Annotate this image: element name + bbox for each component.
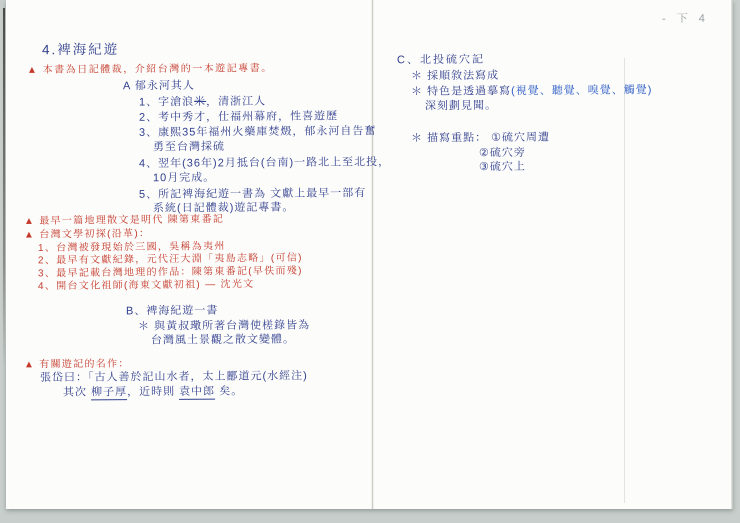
section-a-item1: 1、字滄浪米，清浙江人	[139, 93, 266, 110]
item1-strikeout-char: 米	[194, 96, 206, 108]
section-c-focus-point-3: ③硫穴上	[479, 158, 526, 174]
section-c-focus-point-1: ＊ 描寫重點： ①硫穴周遭	[411, 129, 550, 146]
c-line2-senses-annotation: (視覺、聽覺、嗅覺、觸覺)	[511, 84, 652, 97]
page-right-edge	[731, 0, 733, 509]
section-b-line2: 台灣風土景觀之散文變體。	[151, 330, 295, 347]
section-c-heading: C、北投硫穴記	[397, 51, 485, 68]
red-intro-note: ▲ 本書為日記體裁，介紹台灣的一本遊記專書。	[27, 59, 273, 76]
section-c-line3: 深刻劃見聞。	[425, 97, 497, 114]
quote2-part3: 矣。	[215, 385, 243, 397]
zhangdai-quote-line2: 其次 柳子厚，近時則 袁中郎 矣。	[63, 382, 243, 399]
quote2-underlined-liuzihou: 柳子厚	[91, 386, 127, 400]
section-b-heading: B、裨海紀遊一書	[126, 302, 218, 319]
section-a-item3-cont: 勇至台灣採硫	[153, 138, 225, 155]
note-title: 4.裨海紀遊	[42, 38, 119, 59]
page-number-label: - 下 4	[662, 10, 709, 26]
quote2-part1: 其次	[63, 386, 91, 398]
notebook-photo: - 下 4 4.裨海紀遊 ▲ 本書為日記體裁，介紹台灣的一本遊記專書。 A 郁永…	[0, 0, 740, 523]
red-note-item4: 4、開台文化祖師(海東文獻初祖) — 沈光文	[38, 275, 255, 292]
item1-post: ，清浙江人	[206, 96, 266, 108]
right-page-crease	[624, 58, 625, 503]
section-c-line1: ＊ 採順敘法寫成	[411, 67, 499, 84]
quote2-part2: ，近時則	[127, 386, 179, 398]
quote2-underlined-yuanzhonglang: 袁中郎	[179, 386, 215, 400]
section-a-item4-cont: 10月完成。	[153, 169, 215, 185]
page-left-edge-shadow	[3, 8, 5, 368]
center-fold-line	[372, 0, 373, 509]
item1-pre: 1、字滄浪	[139, 96, 194, 108]
section-a-heading: A 郁永河其人	[123, 77, 195, 94]
